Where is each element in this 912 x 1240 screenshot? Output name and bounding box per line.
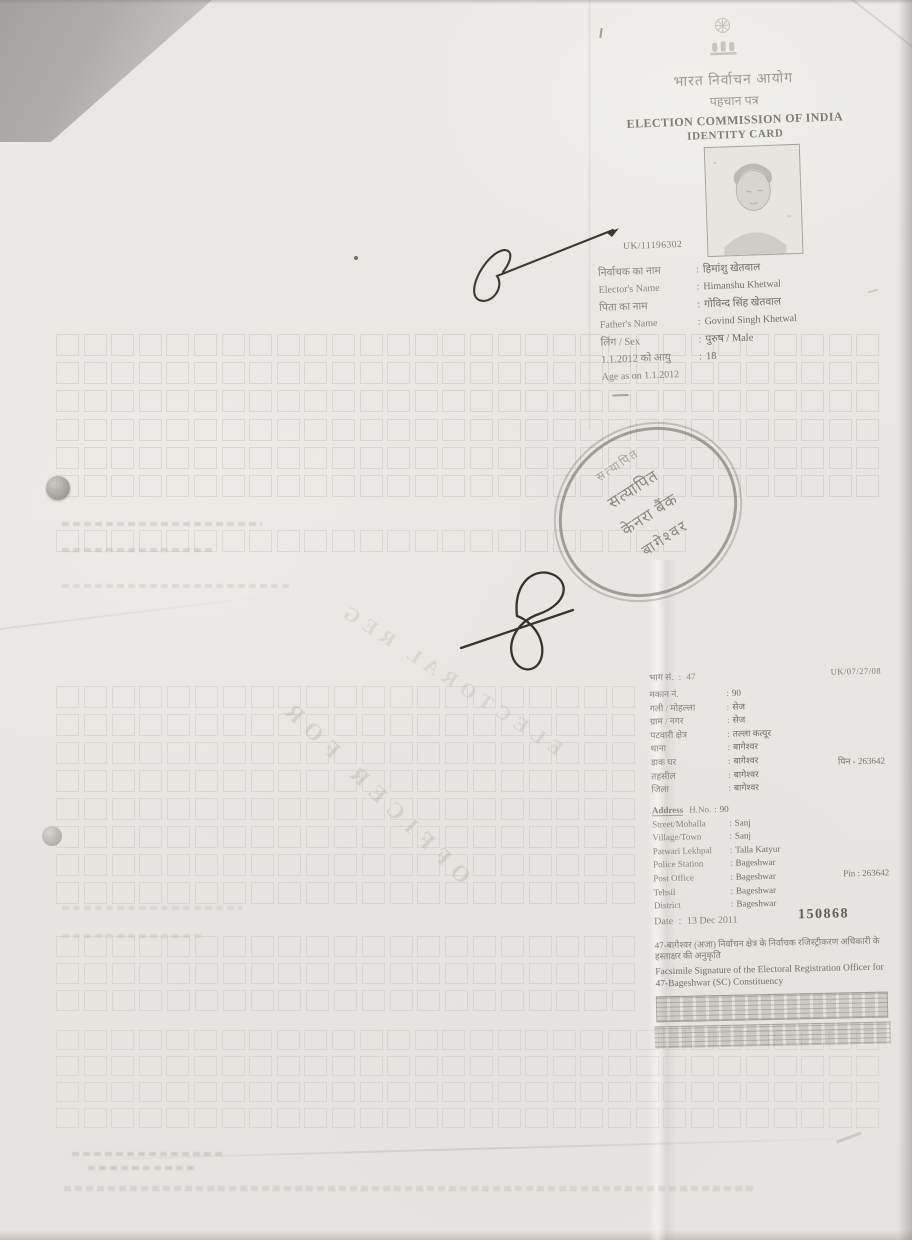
form-grid-box [584, 990, 607, 1011]
form-grid-box [415, 362, 438, 384]
pin-code-hindi: पिन - 263642 [838, 754, 885, 768]
form-grid-box [334, 686, 357, 708]
form-grid-box [139, 1056, 162, 1076]
form-grid-box [251, 963, 274, 984]
form-grid-box [553, 1030, 576, 1050]
form-grid-box [167, 936, 190, 957]
field-value: पुरुष / Male [705, 332, 753, 345]
form-grid-box [334, 854, 357, 876]
form-grid-box [195, 854, 218, 876]
form-grid-box [529, 936, 552, 957]
form-grid-box [84, 1056, 107, 1076]
field-separator: : [725, 769, 734, 779]
form-grid-box [415, 390, 438, 412]
form-grid-box [251, 770, 274, 792]
form-grid-box [829, 447, 852, 469]
form-grid-box [415, 419, 438, 441]
form-grid-box [442, 362, 465, 384]
form-grid-box [112, 686, 135, 708]
form-grid-box [473, 742, 496, 764]
form-grid-box [332, 1082, 355, 1102]
form-grid-box [473, 990, 496, 1011]
form-grid-box [387, 447, 410, 469]
form-grid-box [223, 686, 246, 708]
form-grid-box [529, 798, 552, 820]
form-grid-box [746, 447, 769, 469]
field-value: Govind Singh Khetwal [704, 313, 797, 327]
form-grid-box [746, 1108, 769, 1128]
form-grid-box [222, 447, 245, 469]
form-grid-box [829, 419, 852, 441]
field-separator: : [728, 899, 737, 909]
form-grid-box [222, 419, 245, 441]
form-grid-box [56, 686, 79, 708]
form-grid-box [362, 882, 385, 904]
form-grid-box [56, 447, 79, 469]
form-grid-box [525, 1030, 548, 1050]
form-grid-box [194, 390, 217, 412]
form-grid-box [442, 390, 465, 412]
form-grid-box [470, 334, 493, 356]
form-grid-box [856, 419, 879, 441]
form-grid-box [362, 826, 385, 848]
form-grid-box [556, 770, 579, 792]
field-value: सेज [732, 701, 745, 711]
field-separator: : [692, 264, 703, 275]
form-grid-box [442, 419, 465, 441]
form-grid-box [829, 475, 852, 497]
form-grid-box [111, 1056, 134, 1076]
field-label: जिला [651, 782, 725, 797]
form-grid-box [251, 742, 274, 764]
form-grid-box [56, 362, 79, 384]
form-grid-box [222, 1056, 245, 1076]
form-grid-box [304, 334, 327, 356]
form-grid-box [334, 963, 357, 984]
field-value: Himanshu Khetwal [703, 279, 781, 293]
stamp-word-verified: सत्यापित [552, 431, 713, 546]
form-grid-box [746, 1082, 769, 1102]
form-grid-box [498, 1056, 521, 1076]
form-grid-box [56, 770, 79, 792]
form-grid-box [84, 990, 107, 1011]
form-grid-box [473, 826, 496, 848]
form-grid-box [56, 1108, 79, 1128]
form-grid-box [194, 475, 217, 497]
form-grid-box [56, 714, 79, 736]
form-grid-box [501, 854, 524, 876]
form-grid-box [556, 936, 579, 957]
paper-crease [0, 595, 269, 631]
form-grid-box [470, 530, 493, 552]
form-grid-box [442, 475, 465, 497]
form-grid-box [306, 963, 329, 984]
form-grid-box [525, 419, 548, 441]
form-grid-box [278, 882, 301, 904]
stamp-bank-name: केनरा बैंक [568, 456, 729, 571]
form-grid-box [111, 1108, 134, 1128]
form-grid-box [774, 419, 797, 441]
field-value: बागेश्वर [734, 782, 759, 793]
field-separator: : [694, 316, 705, 327]
form-grid-box [304, 475, 327, 497]
form-grid-box [498, 475, 521, 497]
form-grid-box [222, 1108, 245, 1128]
pen-signature-lower [455, 558, 605, 673]
form-grid-box [111, 419, 134, 441]
form-grid-box [360, 1082, 383, 1102]
form-grid-box [556, 686, 579, 708]
form-grid-box [612, 990, 635, 1011]
form-grid-box [195, 882, 218, 904]
form-grid-box [498, 390, 521, 412]
field-separator: : [724, 715, 733, 725]
form-grid-box [222, 530, 245, 552]
form-grid-box [415, 1030, 438, 1050]
form-grid-box [360, 334, 383, 356]
form-grid-box [415, 1056, 438, 1076]
form-grid-box [498, 1108, 521, 1128]
form-grid-box [390, 714, 413, 736]
form-grid-box [222, 334, 245, 356]
form-grid-box [612, 686, 635, 708]
form-grid-box [84, 475, 107, 497]
form-grid-box [194, 334, 217, 356]
form-grid-box [636, 1082, 659, 1102]
form-grid-box [498, 334, 521, 356]
form-grid-box [360, 475, 383, 497]
form-grid-box [473, 770, 496, 792]
form-grid-box [139, 963, 162, 984]
form-grid-box [111, 1030, 134, 1050]
form-grid-box [167, 826, 190, 848]
form-grid-box [306, 798, 329, 820]
form-grid-box [553, 390, 576, 412]
form-grid-box [112, 826, 135, 848]
form-grid-box [112, 770, 135, 792]
form-grid-box [166, 362, 189, 384]
form-grid-box [277, 1056, 300, 1076]
form-grid-box [139, 990, 162, 1011]
form-grid-box [470, 1030, 493, 1050]
form-grid-box [556, 714, 579, 736]
form-grid-box [774, 447, 797, 469]
form-grid-box [525, 1082, 548, 1102]
form-grid-box [612, 826, 635, 848]
form-grid-box [360, 419, 383, 441]
field-separator: : [724, 728, 733, 738]
form-grid-box [498, 419, 521, 441]
form-grid-box [415, 334, 438, 356]
form-grid-box [249, 334, 272, 356]
form-grid-box [442, 334, 465, 356]
form-grid-box [334, 990, 357, 1011]
form-grid-box [84, 798, 107, 820]
form-grid-box [415, 1108, 438, 1128]
form-grid-box [195, 963, 218, 984]
address-heading: Address [652, 805, 684, 817]
form-grid-box [360, 530, 383, 552]
form-grid-box [580, 1056, 603, 1076]
part-number-value: 47 [686, 671, 695, 681]
form-grid-box [167, 882, 190, 904]
form-grid-box [306, 854, 329, 876]
ashoka-chakra-icon [713, 16, 732, 35]
card-back-number: UK/07/27/08 [831, 666, 882, 677]
form-grid-box [387, 334, 410, 356]
form-grid-box [223, 742, 246, 764]
field-separator: : [676, 672, 685, 682]
field-value: 18 [706, 351, 717, 362]
form-grid-box [167, 990, 190, 1011]
form-grid-box [56, 334, 79, 356]
form-grid-box [718, 1082, 741, 1102]
form-grid-box [387, 1082, 410, 1102]
form-grid-box [84, 334, 107, 356]
form-grid-box [195, 826, 218, 848]
form-grid-box [473, 936, 496, 957]
form-grid-box [362, 686, 385, 708]
form-grid-box [856, 1082, 879, 1102]
form-grid-box [801, 447, 824, 469]
form-grid-box [529, 963, 552, 984]
field-label: Age as on 1.1.2012 [601, 366, 696, 387]
form-grid-box [195, 770, 218, 792]
form-grid-box [360, 1056, 383, 1076]
form-grid-box [612, 798, 635, 820]
form-grid-box [139, 882, 162, 904]
form-grid-box [306, 770, 329, 792]
form-grid-box [334, 882, 357, 904]
form-grid-box [249, 390, 272, 412]
field-separator: : [693, 299, 704, 310]
form-grid-box [473, 798, 496, 820]
form-grid-box [580, 419, 603, 441]
form-grid-box [166, 419, 189, 441]
field-separator: : [727, 844, 736, 854]
form-grid-box [529, 882, 552, 904]
form-grid-box [111, 447, 134, 469]
field-separator: : [727, 885, 736, 895]
form-grid-box [415, 530, 438, 552]
form-grid-box [473, 882, 496, 904]
page-edge-top [0, 0, 912, 4]
form-grid-box [360, 1108, 383, 1128]
field-value: Bageshwar [735, 857, 775, 868]
form-grid-box [332, 1108, 355, 1128]
form-grid-box [498, 1030, 521, 1050]
form-grid-box [612, 714, 635, 736]
form-grid-box [84, 826, 107, 848]
field-separator: : [726, 831, 735, 841]
form-grid-box [442, 447, 465, 469]
form-grid-box [387, 1108, 410, 1128]
form-grid-box [84, 882, 107, 904]
form-grid-box [56, 1082, 79, 1102]
form-grid-box [332, 419, 355, 441]
form-grid-box [251, 826, 274, 848]
form-grid-box [304, 530, 327, 552]
form-grid-box [553, 419, 576, 441]
facsimile-text-english: Facsimile Signature of the Electoral Reg… [655, 961, 889, 990]
form-grid-box [278, 854, 301, 876]
form-grid-box [84, 1082, 107, 1102]
voter-id-card-front: भारत निर्वाचन आयोग पहचान पत्र ELECTION C… [581, 11, 894, 411]
form-grid-box [249, 475, 272, 497]
form-grid-box [473, 963, 496, 984]
form-grid-box [194, 1082, 217, 1102]
form-grid-box [223, 936, 246, 957]
field-separator: : [724, 701, 733, 711]
form-grid-box [360, 390, 383, 412]
form-grid-box [525, 390, 548, 412]
form-grid-box [445, 990, 468, 1011]
form-grid-box [387, 475, 410, 497]
form-grid-box [222, 362, 245, 384]
form-grid-box [718, 1108, 741, 1128]
form-grid-box [304, 390, 327, 412]
form-grid-box [306, 936, 329, 957]
form-grid-box [56, 475, 79, 497]
form-grid-box [501, 826, 524, 848]
form-grid-box [774, 475, 797, 497]
form-grid-box [249, 1030, 272, 1050]
form-grid-box [166, 1030, 189, 1050]
form-grid-box [332, 475, 355, 497]
form-grid-box [84, 1030, 107, 1050]
form-grid-box [112, 882, 135, 904]
form-grid-box [166, 334, 189, 356]
form-grid-box [529, 826, 552, 848]
stamp-place-name: बागेश्वर [585, 481, 745, 595]
form-grid-box [417, 714, 440, 736]
field-separator: : [694, 334, 705, 345]
form-grid-box [84, 963, 107, 984]
form-grid-box [691, 1082, 714, 1102]
form-grid-box [584, 742, 607, 764]
faint-form-text [62, 522, 262, 526]
form-grid-box [84, 362, 107, 384]
form-grid-box [223, 963, 246, 984]
field-value: Bageshwar [736, 884, 776, 895]
form-grid-box [194, 1030, 217, 1050]
field-value: तल्ला कत्यूर [733, 728, 771, 739]
field-value: Bageshwar [736, 898, 776, 909]
form-grid-box [584, 854, 607, 876]
form-grid-box [334, 714, 357, 736]
form-grid-box [278, 798, 301, 820]
form-grid-box [580, 1082, 603, 1102]
faint-form-text [72, 1152, 222, 1156]
serial-number: 150868 [798, 906, 849, 923]
pin-code-english: Pin : 263642 [843, 867, 889, 878]
form-grid-box [470, 447, 493, 469]
form-grid-box [445, 714, 468, 736]
form-grid-box [498, 447, 521, 469]
field-separator: : [723, 688, 732, 698]
form-grid-box [470, 390, 493, 412]
form-grid-box [195, 936, 218, 957]
field-separator: : [725, 756, 734, 766]
field-label: District [654, 898, 728, 913]
field-separator: : [724, 742, 733, 752]
form-grid-box [166, 1056, 189, 1076]
field-value: Talla Katyur [735, 844, 780, 855]
form-grid-box [584, 798, 607, 820]
form-grid-box [167, 686, 190, 708]
form-grid-box [195, 742, 218, 764]
form-grid-box [84, 854, 107, 876]
form-grid-box [856, 475, 879, 497]
form-grid-box [195, 990, 218, 1011]
page-edge-right [898, 0, 912, 1240]
form-grid-box [139, 770, 162, 792]
form-grid-box [139, 530, 162, 552]
form-grid-box [556, 798, 579, 820]
form-grid-box [304, 419, 327, 441]
form-grid-box [277, 530, 300, 552]
form-grid-box [612, 854, 635, 876]
form-grid-box [139, 390, 162, 412]
form-grid-box [194, 530, 217, 552]
form-grid-box [612, 936, 635, 957]
form-grid-box [612, 882, 635, 904]
form-grid-box [442, 1108, 465, 1128]
form-grid-box [746, 475, 769, 497]
form-grid-box [501, 798, 524, 820]
form-grid-box [139, 798, 162, 820]
form-grid-box [387, 1030, 410, 1050]
form-grid-box [84, 419, 107, 441]
card-back-english-fields: AddressH.No.:90 Street/Mohalla:Sanj Vill… [652, 799, 890, 913]
form-grid-box [829, 1108, 852, 1128]
form-grid-box [445, 963, 468, 984]
form-grid-box [223, 770, 246, 792]
card-back-hindi-fields: मकान नं.:90 गली / मोहल्ला:सेज ग्राम / नग… [649, 684, 887, 798]
pen-signature-upper [445, 212, 645, 312]
form-grid-box [390, 854, 413, 876]
form-grid-box [360, 362, 383, 384]
form-grid-box [390, 742, 413, 764]
form-grid-box [390, 882, 413, 904]
form-grid-box [470, 1108, 493, 1128]
form-grid-box [360, 1030, 383, 1050]
form-grid-box [56, 1030, 79, 1050]
form-grid-box [584, 882, 607, 904]
form-grid-box [139, 1108, 162, 1128]
form-grid-box [442, 1056, 465, 1076]
form-grid-box [306, 686, 329, 708]
form-grid-box [56, 936, 79, 957]
form-grid-box [112, 936, 135, 957]
page-edge-bottom [0, 1230, 912, 1240]
form-grid-box [529, 854, 552, 876]
form-grid-box [856, 1108, 879, 1128]
form-grid-box [223, 714, 246, 736]
form-grid-box [166, 390, 189, 412]
date-value: 13 Dec 2011 [687, 915, 738, 927]
fine-print-box [656, 992, 888, 1023]
field-separator: : [711, 804, 720, 814]
field-value: 90 [732, 688, 741, 698]
pen-tick-mark [836, 1132, 861, 1144]
form-grid-box [529, 770, 552, 792]
form-grid-box [277, 1108, 300, 1128]
form-grid-box [417, 882, 440, 904]
form-grid-box [801, 1082, 824, 1102]
form-grid-box [553, 1056, 576, 1076]
form-grid-box [277, 419, 300, 441]
